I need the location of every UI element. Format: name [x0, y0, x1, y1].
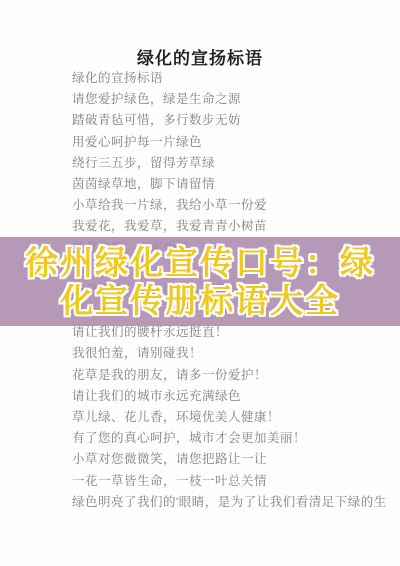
slogan-line: 用爱心呵护每一片绿色 [72, 132, 392, 153]
slogan-line: 有了您的真心呵护，城市才会更加美丽！ [72, 428, 392, 449]
overlay-headline-line-1: 徐州绿化宣传口号：绿 [25, 244, 375, 282]
slogan-line: 请让我们的城市永远充满绿色 [72, 386, 392, 407]
slogan-line: 我爱花，我爱草，我爱青青小树苗 [72, 216, 392, 237]
slogan-line: 一花一草皆生命，一枝一叶总关情 [72, 471, 392, 492]
slogan-line: 绕行三五步，留得芳草绿 [72, 153, 392, 174]
slogan-line: 花草是我的朋友，请多一份爱护！ [72, 365, 392, 386]
slogan-line: 草儿绿、花儿香，环境优美人健康！ [72, 407, 392, 428]
page-title: 绿化的宣扬标语 [0, 44, 400, 69]
slogan-line: 请您爱护绿色，绿是生命之源 [72, 89, 392, 110]
headline-overlay-banner: 徐州绿化宣传口号：绿 化宣传册标语大全 [0, 237, 400, 326]
slogan-line: 小草给我一片绿，我给小草一份爱 [72, 195, 392, 216]
slogan-line: 绿色明亮了我们的'眼睛，是为了让我们看清足下绿的生 [72, 492, 392, 513]
slogan-line: 小草对您微微笑，请您把路让一让 [72, 449, 392, 470]
slogan-line: 踏破青毡可惜，多行数步无妨 [72, 110, 392, 131]
overlay-headline-line-2: 化宣传册标语大全 [60, 282, 340, 320]
slogan-line: 茵茵绿草地，脚下请留情 [72, 174, 392, 195]
slogan-line: 我很怕羞，请别碰我！ [72, 343, 392, 364]
slogan-line: 绿化的宣扬标语 [72, 68, 392, 89]
article-page: 绿化的宣扬标语 绿化的宣扬标语请您爱护绿色，绿是生命之源踏破青毡可惜，多行数步无… [0, 0, 400, 566]
